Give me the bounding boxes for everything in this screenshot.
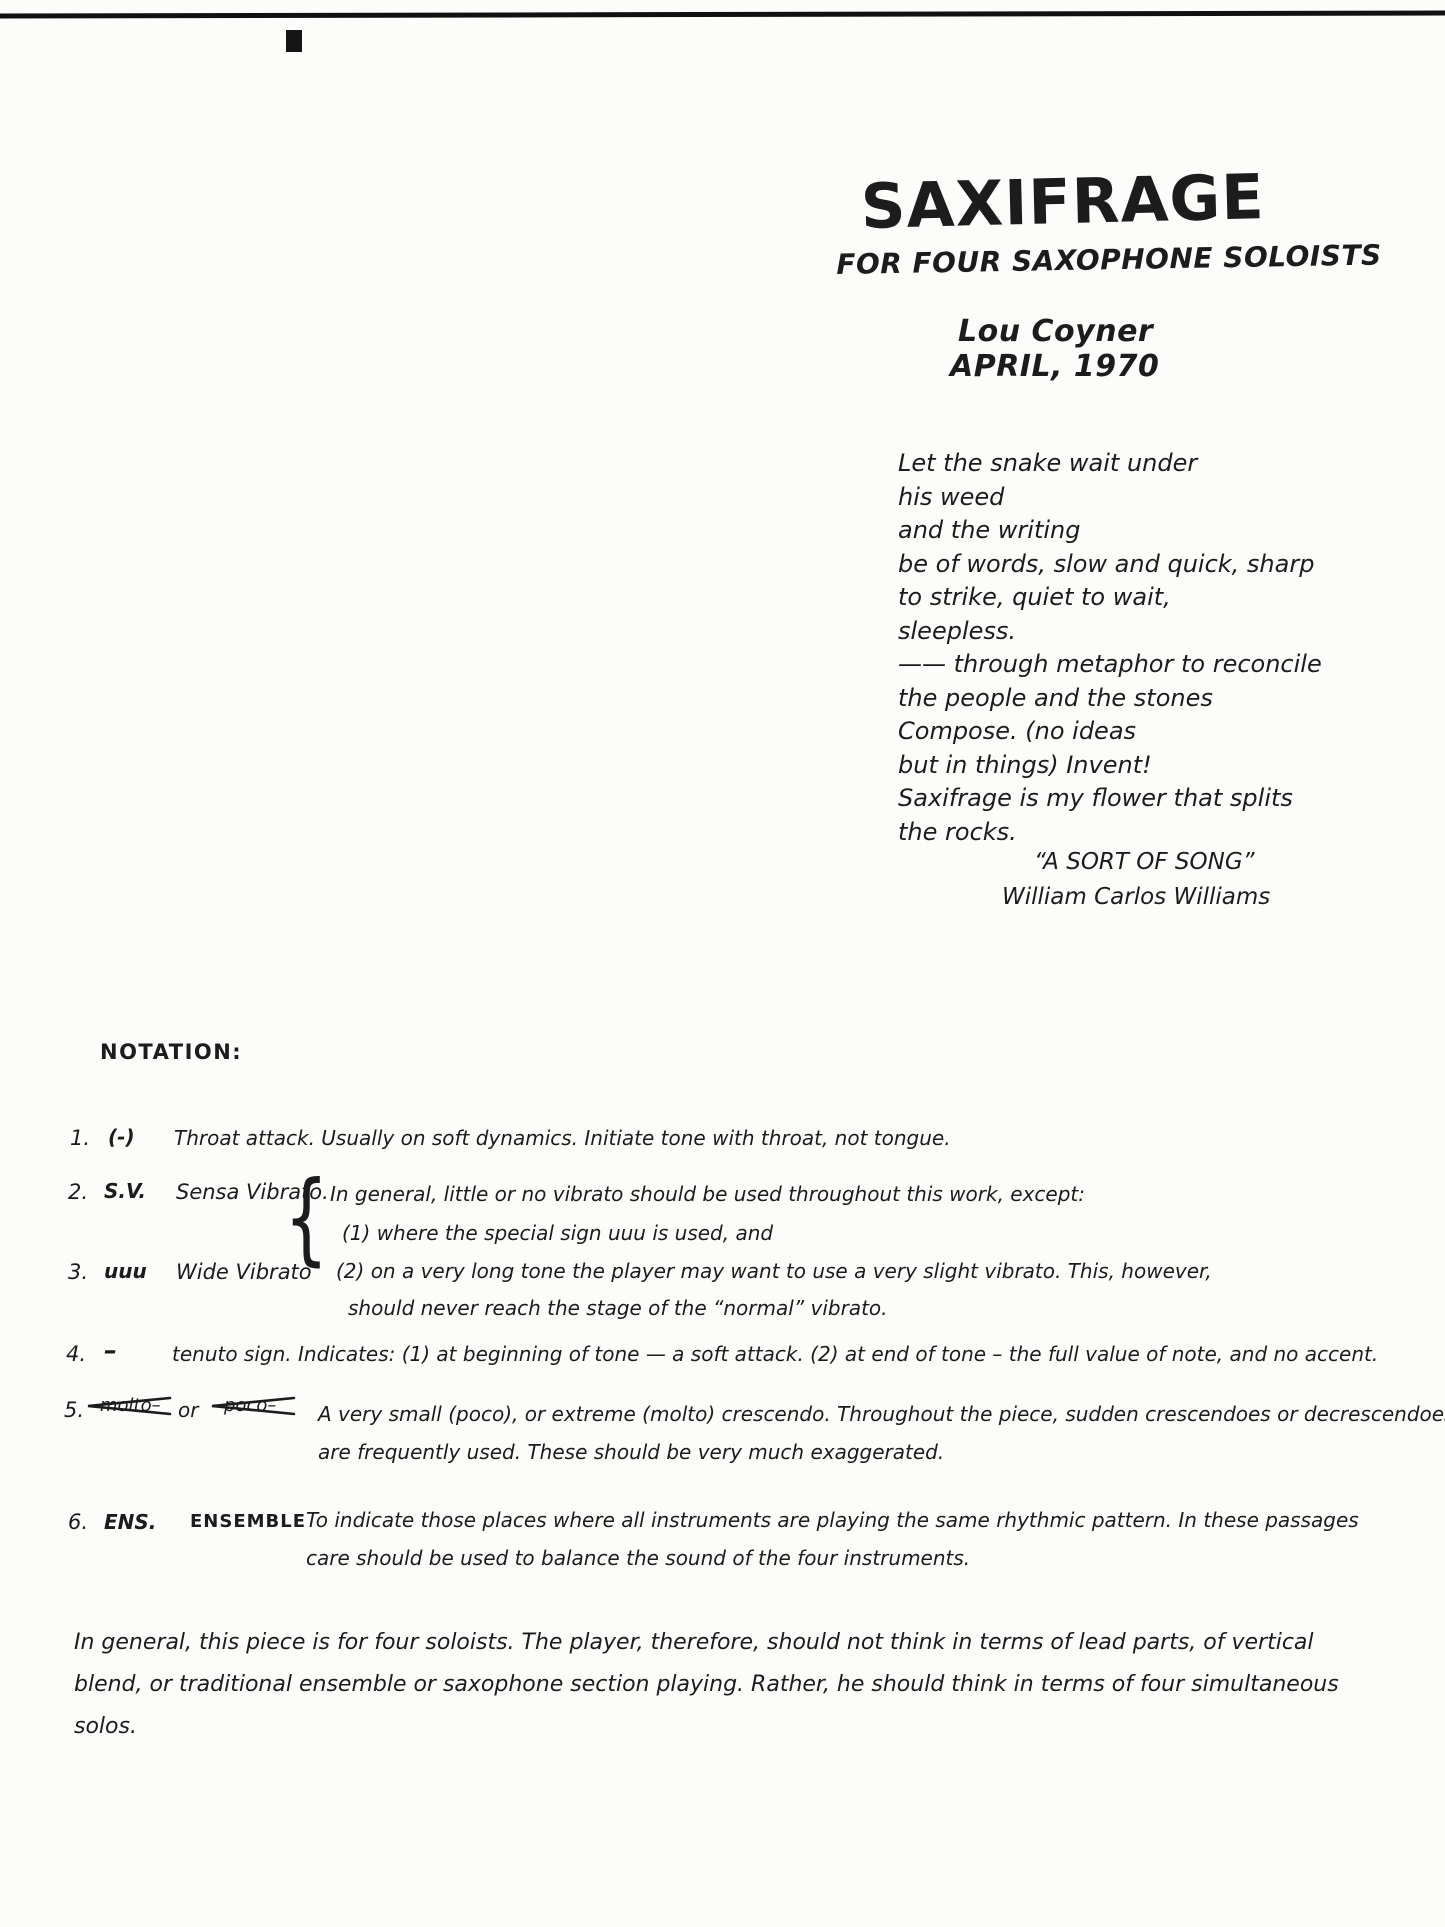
closing-paragraph-line: In general, this piece is for four soloi… [74,1630,1314,1655]
poem-line: to strike, quiet to wait, [898,583,1171,611]
poem-line: and the writing [898,516,1080,544]
hairpin-label-poco: poco– [224,1395,276,1416]
poem-line: but in things) Invent! [898,751,1152,779]
notation-item-desc: Throat attack. Usually on soft dynamics.… [174,1126,951,1150]
closing-paragraph-line: solos. [74,1714,137,1739]
notation-item-desc-line: To indicate those places where all instr… [306,1508,1359,1532]
notation-item-desc-line: A very small (poco), or extreme (molto) … [318,1402,1445,1426]
poem-source-title: “A SORT OF SONG” [1034,849,1255,875]
throat-attack-symbol: (-) [108,1125,135,1149]
poem-line: sleepless. [898,617,1016,645]
hairpin-or-label: or [178,1398,198,1422]
scan-ink-blot [286,30,302,52]
poem-line: the rocks. [898,818,1017,846]
scanned-score-page: SAXIFRAGE FOR FOUR SAXOPHONE SOLOISTS Lo… [0,0,1445,1927]
crescendo-hairpin-icon: poco– [208,1394,296,1418]
notation-item-desc: tenuto sign. Indicates: (1) at beginning… [172,1342,1378,1366]
vibrato-note-line: (1) where the special sign uuu is used, … [342,1221,773,1245]
notation-item-desc-line: care should be used to balance the sound… [306,1546,970,1570]
notation-item-number: 3. [68,1260,88,1284]
poem-line: Let the snake wait under [898,449,1197,477]
ensemble-abbrev-symbol: ENS. [104,1510,156,1534]
senza-vibrato-symbol: S.V. [104,1179,146,1203]
crescendo-hairpin-icon: molto– [84,1394,172,1418]
vibrato-note-line: (2) on a very long tone the player may w… [336,1259,1212,1283]
page-subtitle: FOR FOUR SAXOPHONE SOLOISTS [836,238,1382,281]
wide-vibrato-symbol: uuu [104,1259,147,1283]
notation-item-desc-line: are frequently used. These should be ver… [318,1440,944,1464]
hairpin-label-molto: molto– [100,1395,161,1416]
page-title: SAXIFRAGE [860,160,1265,243]
poem-line: be of words, slow and quick, sharp [898,550,1314,578]
notation-item-number: 5. [64,1398,84,1422]
notation-item-term: ENSEMBLE [190,1511,306,1532]
poem-line: —— through metaphor to reconcile [898,650,1322,678]
tenuto-dash-icon: – [104,1336,117,1366]
poem-line: Compose. (no ideas [898,717,1136,745]
notation-item-number: 4. [66,1342,86,1366]
poem-line: his weed [898,483,1004,511]
closing-paragraph-line: blend, or traditional ensemble or saxoph… [74,1672,1339,1697]
vibrato-note-line: In general, little or no vibrato should … [330,1182,1085,1206]
grouping-brace-icon: { [284,1168,329,1268]
poem-line: Saxifrage is my flower that splits [898,784,1293,812]
notation-item-number: 2. [68,1180,88,1204]
vibrato-note-line: should never reach the stage of the “nor… [348,1296,888,1320]
notation-heading: NOTATION: [100,1040,242,1064]
notation-item-number: 6. [68,1510,88,1534]
poem-author: William Carlos Williams [1002,884,1270,910]
composer-name: Lou Coyner [958,314,1153,349]
composition-date: APRIL, 1970 [950,349,1159,384]
notation-item-number: 1. [70,1126,90,1150]
scan-top-rule [0,10,1445,18]
poem-line: the people and the stones [898,684,1213,712]
